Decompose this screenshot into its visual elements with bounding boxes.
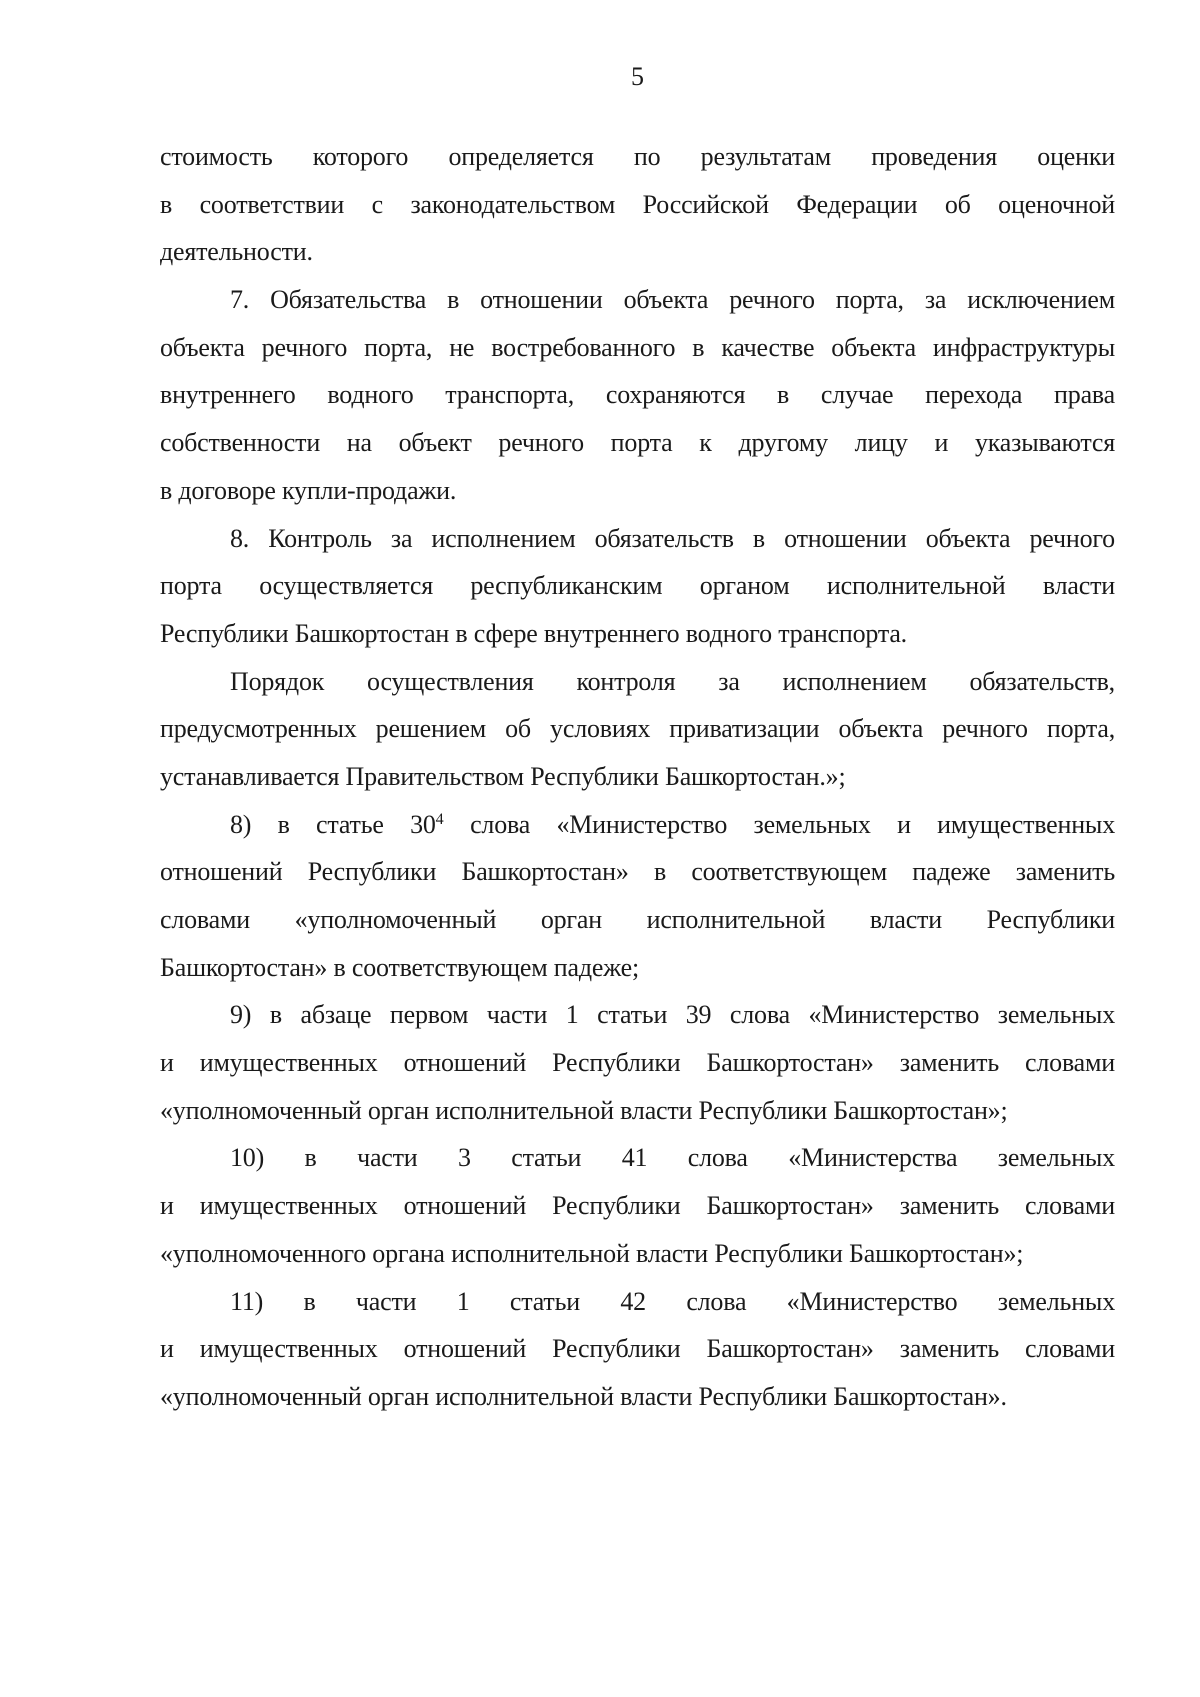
text-line: отношений Республики Башкортостан» в соо… (160, 848, 1115, 896)
text-line: 8. Контроль за исполнением обязательств … (160, 515, 1115, 563)
text-segment: «уполномоченного органа исполнительной в… (160, 1239, 1023, 1268)
text-line: 8) в статье 304 слова «Министерство земе… (160, 801, 1115, 849)
para-valuation-continuation: стоимость которого определяется по резул… (160, 133, 1115, 276)
text-line: предусмотренных решением об условиях при… (160, 705, 1115, 753)
text-line: Башкортостан» в соответствующем падеже; (160, 944, 1115, 992)
document-body: стоимость которого определяется по резул… (160, 133, 1115, 1421)
text-line: 11) в части 1 статьи 42 слова «Министерс… (160, 1278, 1115, 1326)
text-segment: стоимость которого определяется по резул… (160, 142, 1115, 171)
para-control-procedure: Порядок осуществления контроля за исполн… (160, 658, 1115, 801)
text-segment: словами «уполномоченный орган исполнител… (160, 905, 1115, 934)
text-segment: деятельности. (160, 237, 313, 266)
text-line: словами «уполномоченный орган исполнител… (160, 896, 1115, 944)
text-segment: Башкортостан» в соответствующем падеже; (160, 953, 639, 982)
text-line: «уполномоченного органа исполнительной в… (160, 1230, 1115, 1278)
text-segment: 9) в абзаце первом части 1 статьи 39 сло… (230, 1000, 1115, 1029)
text-segment: в договоре купли-продажи. (160, 476, 456, 505)
text-line: стоимость которого определяется по резул… (160, 133, 1115, 181)
text-segment: слова «Министерство земельных и имуществ… (444, 810, 1115, 839)
text-line: и имущественных отношений Республики Баш… (160, 1182, 1115, 1230)
text-line: «уполномоченный орган исполнительной вла… (160, 1373, 1115, 1421)
para-subitem-8-article-30-4: 8) в статье 304 слова «Министерство земе… (160, 801, 1115, 992)
text-segment: отношений Республики Башкортостан» в соо… (160, 857, 1115, 886)
text-line: внутреннего водного транспорта, сохраняю… (160, 371, 1115, 419)
text-segment: 8. Контроль за исполнением обязательств … (230, 524, 1115, 553)
text-segment: 11) в части 1 статьи 42 слова «Министерс… (230, 1287, 1115, 1316)
text-line: порта осуществляется республиканским орг… (160, 562, 1115, 610)
para-item-8-control: 8. Контроль за исполнением обязательств … (160, 515, 1115, 658)
text-segment: внутреннего водного транспорта, сохраняю… (160, 380, 1115, 409)
text-segment: собственности на объект речного порта к … (160, 428, 1115, 457)
text-line: в соответствии с законодательством Росси… (160, 181, 1115, 229)
text-segment: «уполномоченный орган исполнительной вла… (160, 1096, 1008, 1125)
document-page: 5 стоимость которого определяется по рез… (0, 0, 1200, 1697)
text-line: 7. Обязательства в отношении объекта реч… (160, 276, 1115, 324)
text-line: собственности на объект речного порта к … (160, 419, 1115, 467)
text-line: объекта речного порта, не востребованног… (160, 324, 1115, 372)
para-subitem-9-article-39: 9) в абзаце первом части 1 статьи 39 сло… (160, 991, 1115, 1134)
text-line: в договоре купли-продажи. (160, 467, 1115, 515)
text-segment: в соответствии с законодательством Росси… (160, 190, 1115, 219)
text-segment: Порядок осуществления контроля за исполн… (230, 667, 1115, 696)
text-line: и имущественных отношений Республики Баш… (160, 1039, 1115, 1087)
text-line: Республики Башкортостан в сфере внутренн… (160, 610, 1115, 658)
text-line: деятельности. (160, 228, 1115, 276)
text-segment: объекта речного порта, не востребованног… (160, 333, 1115, 362)
text-segment: и имущественных отношений Республики Баш… (160, 1191, 1115, 1220)
text-segment: и имущественных отношений Республики Баш… (160, 1334, 1115, 1363)
text-segment: 7. Обязательства в отношении объекта реч… (230, 285, 1115, 314)
text-segment: и имущественных отношений Республики Баш… (160, 1048, 1115, 1077)
text-segment: устанавливается Правительством Республик… (160, 762, 845, 791)
text-segment: «уполномоченный орган исполнительной вла… (160, 1382, 1007, 1411)
text-line: 9) в абзаце первом части 1 статьи 39 сло… (160, 991, 1115, 1039)
text-segment: Республики Башкортостан в сфере внутренн… (160, 619, 907, 648)
para-item-7-obligations: 7. Обязательства в отношении объекта реч… (160, 276, 1115, 514)
para-subitem-10-article-41: 10) в части 3 статьи 41 слова «Министерс… (160, 1134, 1115, 1277)
page-number: 5 (160, 62, 1115, 92)
text-segment: 10) в части 3 статьи 41 слова «Министерс… (230, 1143, 1115, 1172)
superscript: 4 (436, 811, 444, 828)
text-segment: предусмотренных решением об условиях при… (160, 714, 1115, 743)
text-line: «уполномоченный орган исполнительной вла… (160, 1087, 1115, 1135)
text-line: и имущественных отношений Республики Баш… (160, 1325, 1115, 1373)
text-line: Порядок осуществления контроля за исполн… (160, 658, 1115, 706)
text-segment: 8) в статье 30 (230, 810, 436, 839)
text-line: 10) в части 3 статьи 41 слова «Министерс… (160, 1134, 1115, 1182)
para-subitem-11-article-42: 11) в части 1 статьи 42 слова «Министерс… (160, 1278, 1115, 1421)
text-segment: порта осуществляется республиканским орг… (160, 571, 1115, 600)
text-line: устанавливается Правительством Республик… (160, 753, 1115, 801)
